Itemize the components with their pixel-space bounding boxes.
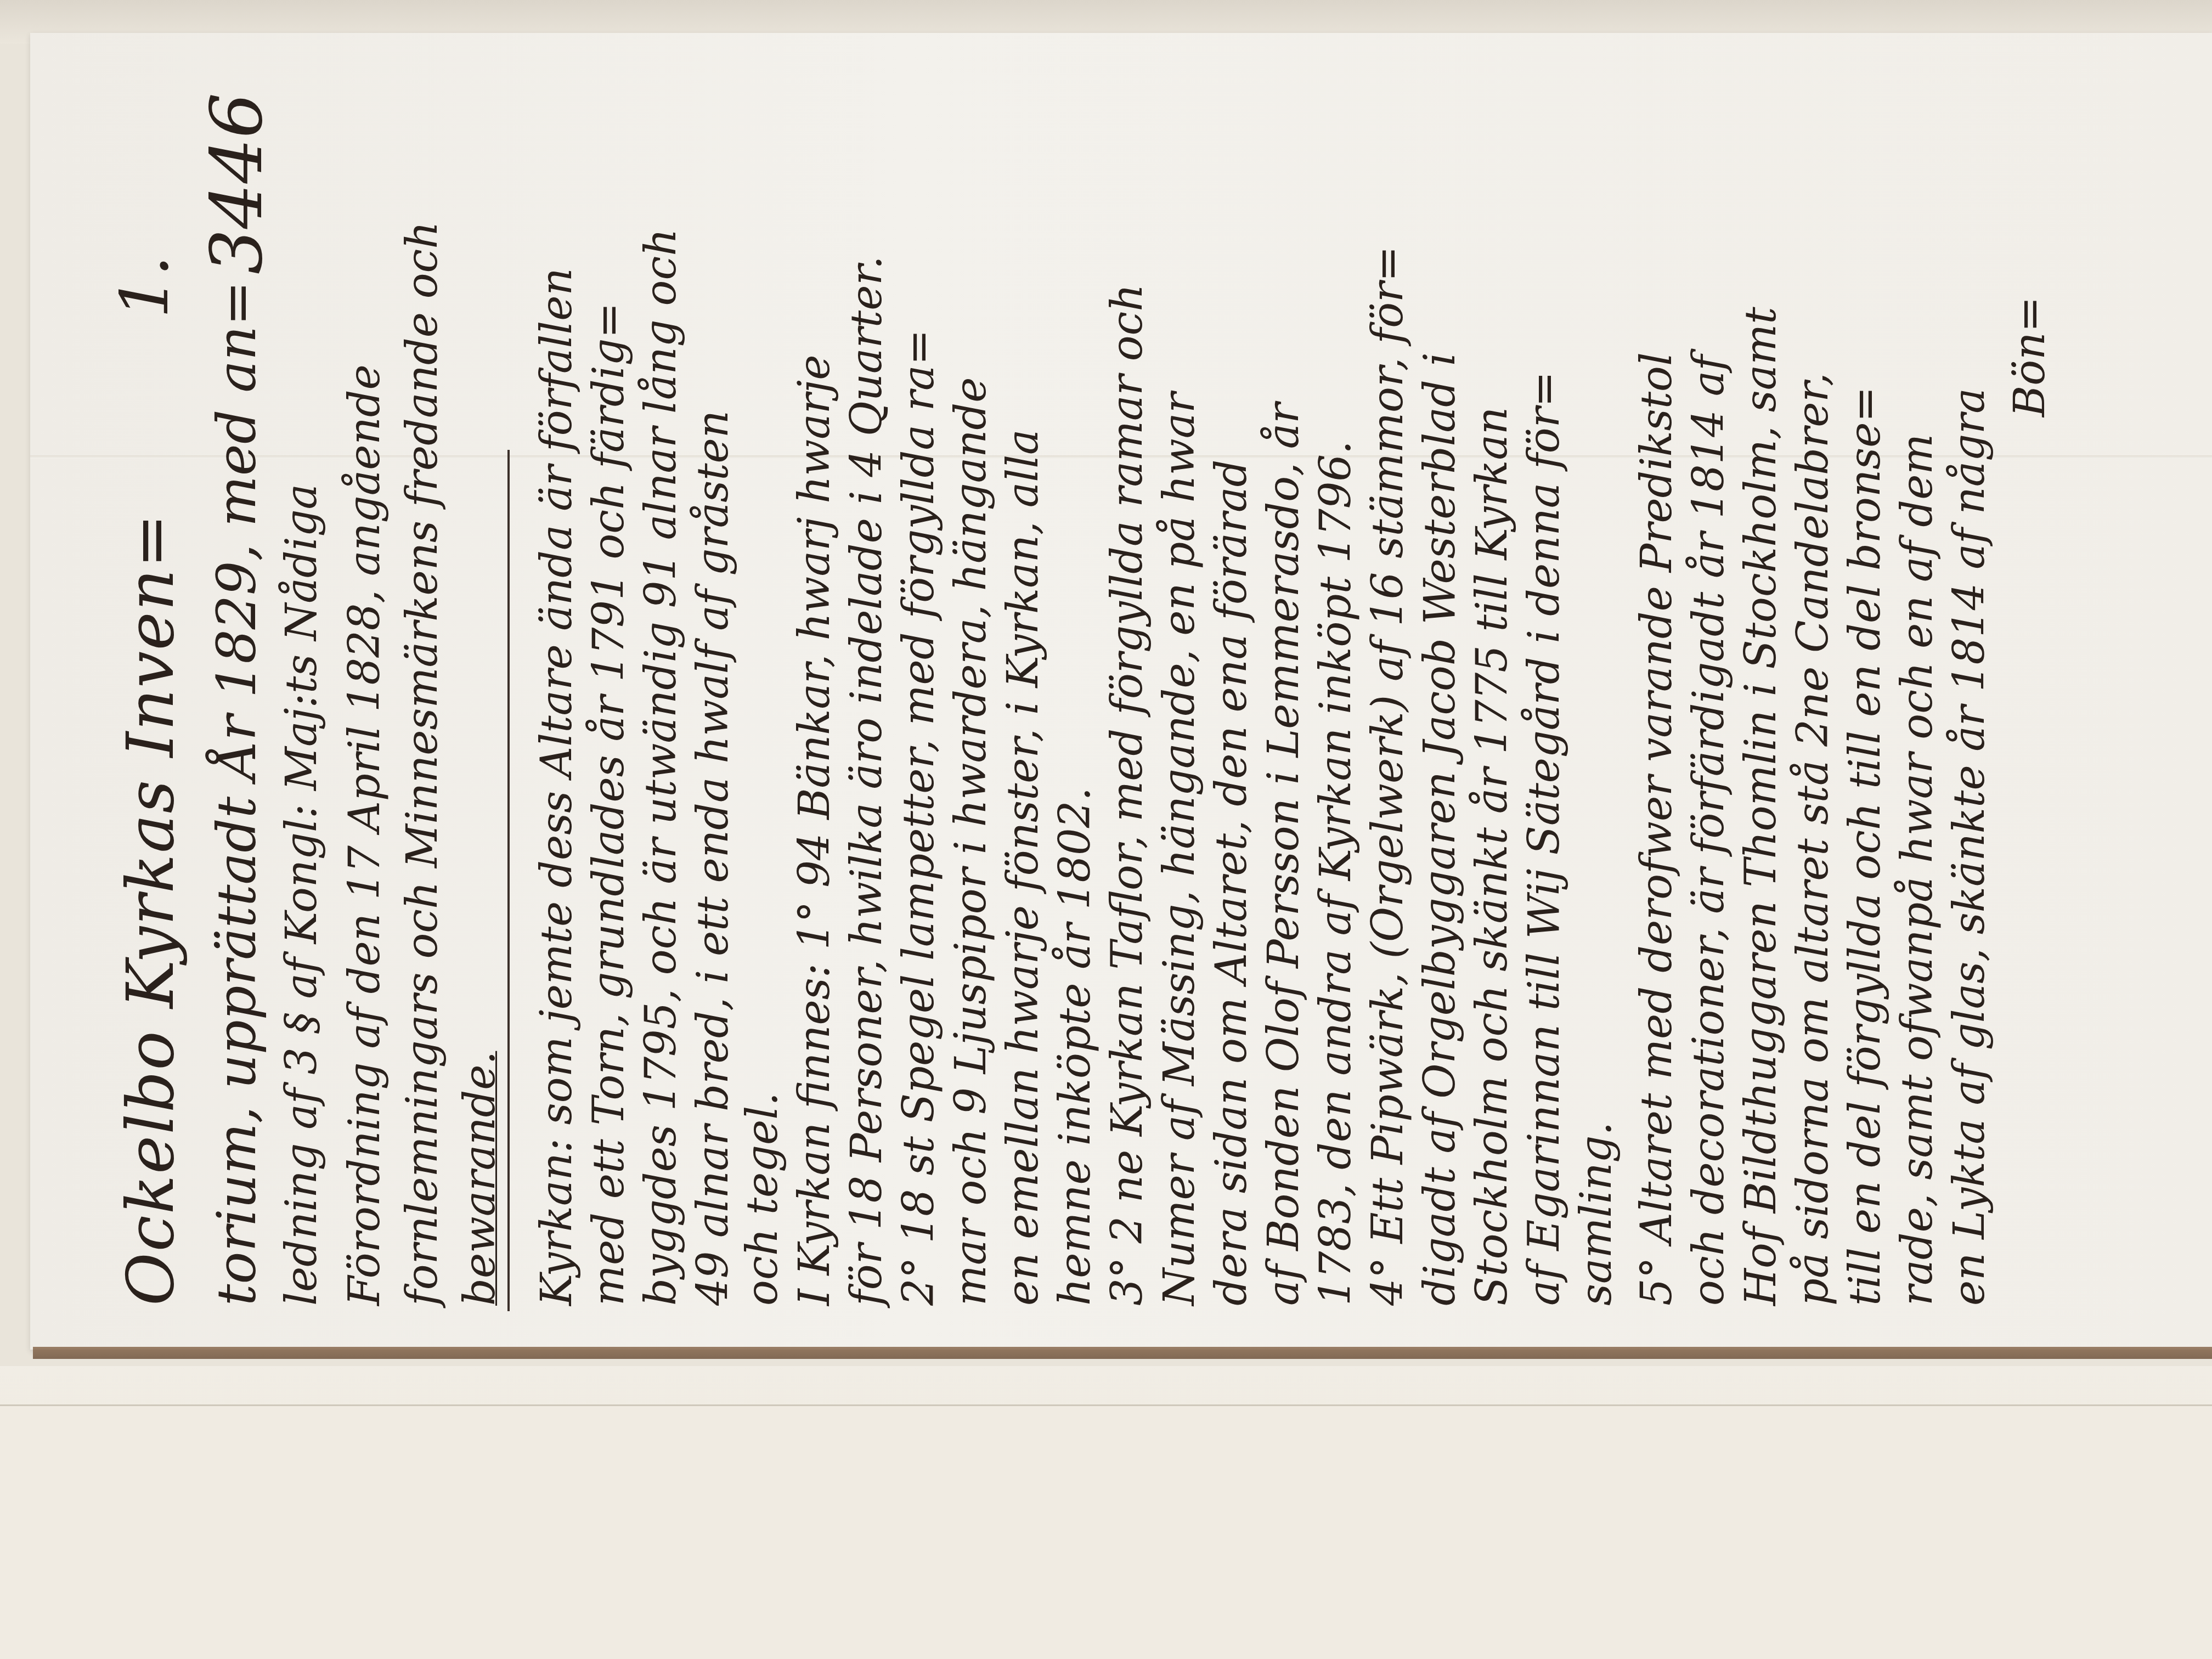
body-line: en Lykta af glas, skänkte år 1814 af någ… [1945,388,1994,1306]
body-line: byggdes 1795, och är utwändig 91 alnar l… [636,229,686,1306]
archive-number: 3446 [195,93,278,274]
body-line: mar och 9 Ljuspipor i hwardera, hängande [946,377,996,1306]
header-line: torium, upprättadt År 1829, med an= [206,281,268,1306]
body-line: I Kyrkan finnes: 1° 94 Bänkar, hwarj hwa… [790,355,839,1306]
body-line: 3° 2 ne Kyrkan Taflor, med förgyllda ram… [1103,284,1152,1306]
body-line: till en del förgyllda och till en del br… [1841,386,1890,1306]
body-line: af Bonden Olof Persson i Lemmerasdo, år [1259,403,1308,1306]
header-line: ledning af 3 § af Kongl: Maj:ts Nådiga [277,484,326,1306]
rotated-text-canvas: 1. 3446 Ockelbo Kyrkas Inven= torium, up… [30,33,2212,1350]
body-line: på sidorna om altaret stå 2ne Candelabre… [1788,373,1838,1306]
body-line: hemne inköpte år 1802. [1051,787,1100,1306]
body-line: Numer af Mässing, hängande, en på hwar [1155,392,1204,1306]
body-line: för 18 Personer, hwilka äro indelade i 4… [842,256,891,1306]
header-line: bewarande. [455,1051,505,1306]
body-line: och tegel. [738,1092,787,1306]
header-line: fornlemningars och Minnesmärkens fredand… [398,221,447,1306]
body-line: Bön= [2005,296,2055,417]
body-line: 1783, den andra af Kyrkan inköpt 1796. [1311,441,1361,1306]
body-line: digadt af Orgelbyggaren Jacob Westerblad… [1415,352,1465,1306]
body-line: Hof Bildthuggaren Thomlin i Stockholm, s… [1736,307,1786,1306]
document-title: Ockelbo Kyrkas Inven= [112,512,188,1306]
manuscript-page: 1. 3446 Ockelbo Kyrkas Inven= torium, up… [30,33,2212,1350]
body-line: en emellan hwarje fönster, i Kyrkan, all… [998,429,1048,1306]
body-line: dera sidan om Altaret, den ena förärad [1207,460,1256,1306]
body-line: Kyrkan: som jemte dess Altare ända är fö… [532,268,582,1306]
page-edge-binding [33,1347,2212,1359]
body-line: rade, samt ofwanpå hwar och en af dem [1893,434,1942,1306]
underlying-sheet-lower [0,1404,2212,1659]
body-line: 4° Ett Pipwärk, (Orgelwerk) af 16 stämmo… [1363,246,1413,1306]
body-line: och decorationer, är förfärdigadt år 181… [1684,355,1734,1306]
body-line: 49 alnar bred, i ett enda hwalf af gråst… [689,410,738,1306]
body-line: 2° 18 st Spegel lampetter, med förgyllda… [894,329,944,1306]
body-line: af Egarinnan till Wij Sätegård i denna f… [1520,371,1569,1306]
page-number: 1. [107,256,183,319]
header-line: Förordning af den 17 April 1828, angåend… [340,364,390,1306]
section-divider [507,450,510,1311]
body-line: samling. [1572,1122,1621,1306]
body-line: Stockholm och skänkt år 1775 till Kyrkan [1468,407,1517,1306]
body-line: med ett Torn, grundlades år 1791 och fär… [584,302,634,1306]
body-line: 5° Altaret med derofwer varande Predikst… [1632,352,1681,1306]
